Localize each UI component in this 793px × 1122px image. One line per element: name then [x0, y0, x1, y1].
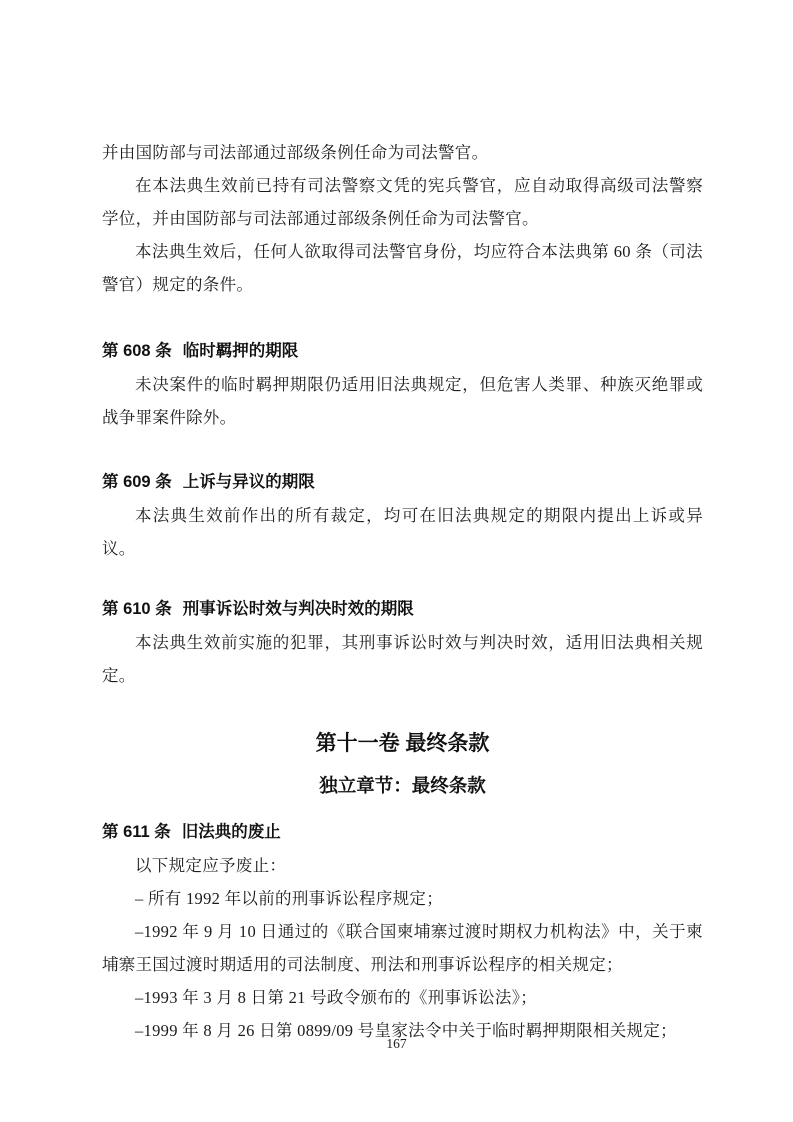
article-title: 上诉与异议的期限: [183, 473, 315, 491]
list-item: –1992 年 9 月 10 日通过的《联合国柬埔寨过渡时期权力机构法》中，关于…: [102, 915, 703, 981]
article-heading: 第 610 条刑事诉讼时效与判决时效的期限: [102, 593, 703, 626]
paragraph: 在本法典生效前已持有司法警察文凭的宪兵警官，应自动取得高级司法警察学位，并由国防…: [102, 169, 703, 235]
article-title: 临时羁押的期限: [183, 342, 299, 360]
article-body: 本法典生效前作出的所有裁定，均可在旧法典规定的期限内提出上诉或异议。: [102, 499, 703, 565]
chapter-heading: 独立章节：最终条款: [102, 768, 703, 804]
article-609: 第 609 条上诉与异议的期限 本法典生效前作出的所有裁定，均可在旧法典规定的期…: [102, 466, 703, 565]
paragraph-continuation: 并由国防部与司法部通过部级条例任命为司法警官。: [102, 136, 703, 169]
article-body: 本法典生效前实施的犯罪，其刑事诉讼时效与判决时效，适用旧法典相关规定。: [102, 626, 703, 692]
article-608: 第 608 条临时羁押的期限 未决案件的临时羁押期限仍适用旧法典规定，但危害人类…: [102, 335, 703, 434]
page-number: 167: [0, 1036, 793, 1052]
list-item: –1993 年 3 月 8 日第 21 号政令颁布的《刑事诉讼法》；: [102, 981, 703, 1014]
article-body: 未决案件的临时羁押期限仍适用旧法典规定，但危害人类罪、种族灭绝罪或战争罪案件除外…: [102, 368, 703, 434]
volume-heading: 第十一卷 最终条款: [102, 724, 703, 764]
list-item: – 所有 1992 年以前的刑事诉讼程序规定；: [102, 882, 703, 915]
article-number: 第 609 条: [102, 473, 172, 491]
article-title: 刑事诉讼时效与判决时效的期限: [183, 600, 414, 618]
article-611: 第 611 条旧法典的废止 以下规定应予废止： – 所有 1992 年以前的刑事…: [102, 816, 703, 1047]
article-heading: 第 608 条临时羁押的期限: [102, 335, 703, 368]
article-title: 旧法典的废止: [182, 823, 281, 841]
document-page: 并由国防部与司法部通过部级条例任命为司法警官。 在本法典生效前已持有司法警察文凭…: [0, 0, 793, 1122]
article-number: 第 611 条: [102, 823, 171, 841]
article-number: 第 610 条: [102, 600, 172, 618]
article-610: 第 610 条刑事诉讼时效与判决时效的期限 本法典生效前实施的犯罪，其刑事诉讼时…: [102, 593, 703, 692]
article-heading: 第 611 条旧法典的废止: [102, 816, 703, 849]
article-number: 第 608 条: [102, 342, 172, 360]
paragraph: 本法典生效后，任何人欲取得司法警官身份，均应符合本法典第 60 条（司法警官）规…: [102, 235, 703, 301]
article-heading: 第 609 条上诉与异议的期限: [102, 466, 703, 499]
article-intro: 以下规定应予废止：: [102, 849, 703, 882]
